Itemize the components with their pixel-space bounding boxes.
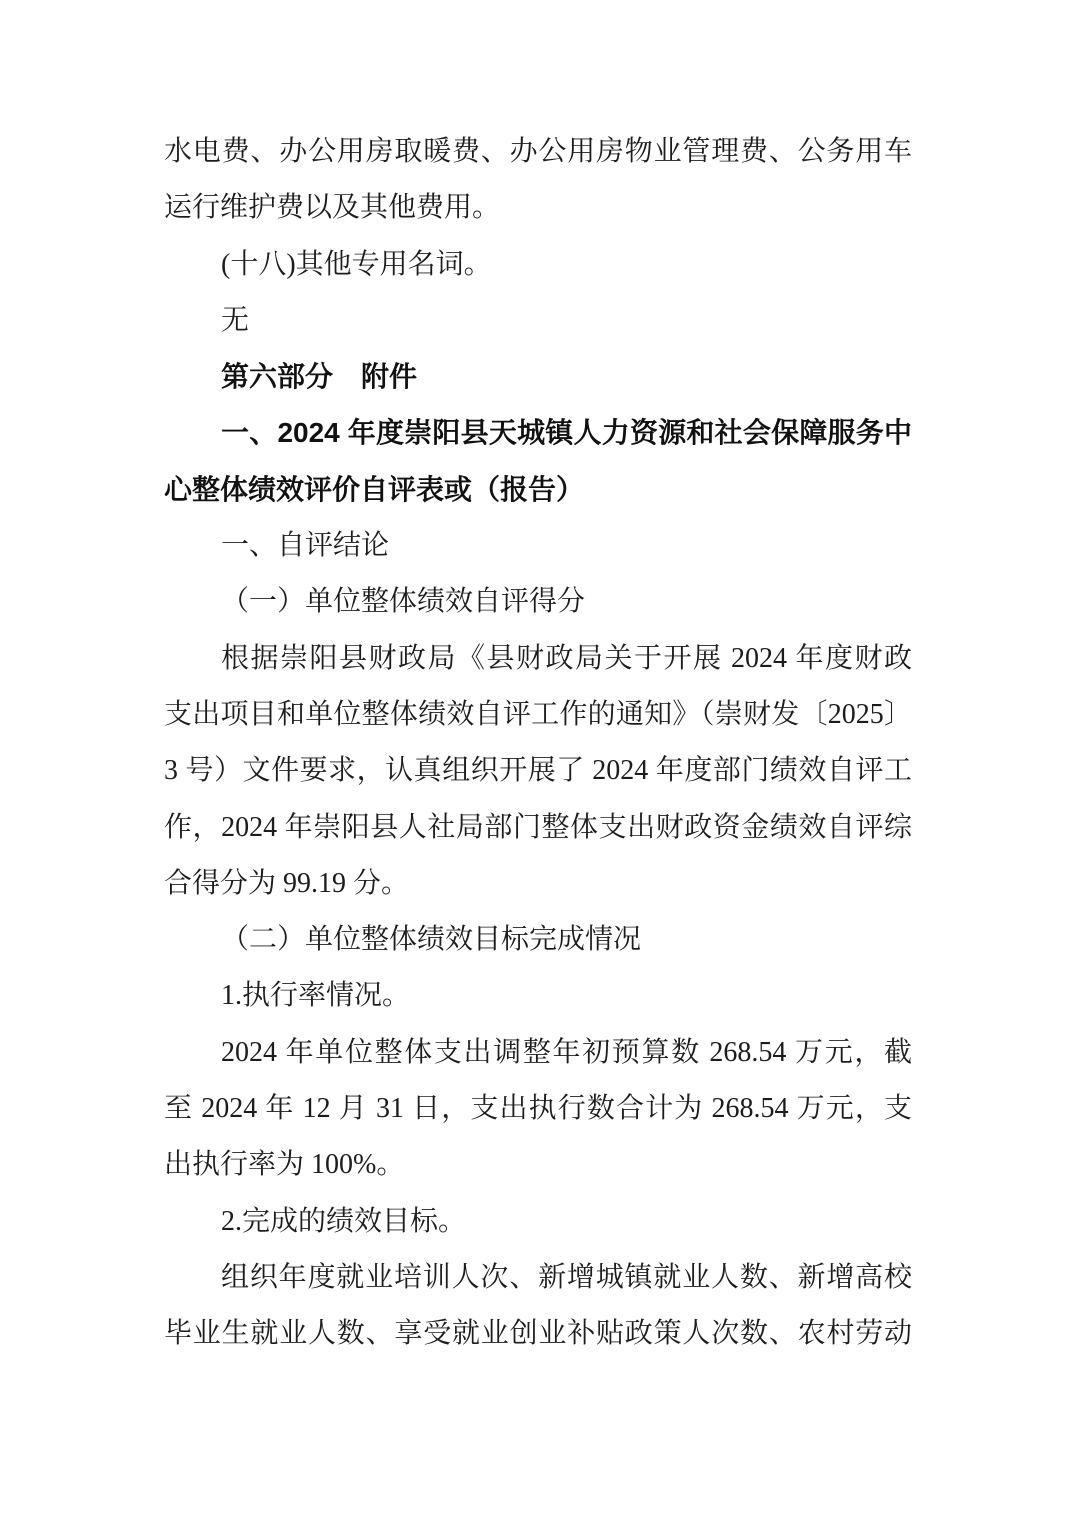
text-line: 作，2024 年崇阳县人社局部门整体支出财政资金绩效自评综	[164, 800, 912, 856]
text-line: 3 号）文件要求，认真组织开展了 2024 年度部门绩效自评工	[164, 743, 912, 799]
text-line: 支出项目和单位整体绩效自评工作的通知》（崇财发〔2025〕	[164, 687, 912, 743]
text-line: 运行维护费以及其他费用。	[164, 180, 912, 236]
text-line: 一、自评结论	[164, 518, 912, 574]
document-body: 水电费、办公用房取暖费、办公用房物业管理费、公务用车运行维护费以及其他费用。(十…	[164, 124, 912, 1363]
document-page: 水电费、办公用房取暖费、办公用房物业管理费、公务用车运行维护费以及其他费用。(十…	[0, 0, 1074, 1520]
heading-line: 心整体绩效评价自评表或（报告）	[164, 462, 912, 518]
text-line: 根据崇阳县财政局《县财政局关于开展 2024 年度财政	[164, 631, 912, 687]
heading-line: 第六部分 附件	[164, 349, 912, 405]
text-line: 1.执行率情况。	[164, 968, 912, 1024]
heading-line: 一、2024 年度崇阳县天城镇人力资源和社会保障服务中	[164, 405, 912, 461]
text-line: 至 2024 年 12 月 31 日，支出执行数合计为 268.54 万元，支	[164, 1081, 912, 1137]
text-line: （一）单位整体绩效自评得分	[164, 574, 912, 630]
text-line: 毕业生就业人数、享受就业创业补贴政策人次数、农村劳动	[164, 1306, 912, 1362]
text-line: 组织年度就业培训人次、新增城镇就业人数、新增高校	[164, 1250, 912, 1306]
text-line: 出执行率为 100%。	[164, 1137, 912, 1193]
text-line: 2024 年单位整体支出调整年初预算数 268.54 万元，截	[164, 1025, 912, 1081]
text-line: (十八)其他专用名词。	[164, 237, 912, 293]
text-line: 无	[164, 293, 912, 349]
text-line: 水电费、办公用房取暖费、办公用房物业管理费、公务用车	[164, 124, 912, 180]
text-line: （二）单位整体绩效目标完成情况	[164, 912, 912, 968]
text-line: 2.完成的绩效目标。	[164, 1194, 912, 1250]
text-line: 合得分为 99.19 分。	[164, 856, 912, 912]
